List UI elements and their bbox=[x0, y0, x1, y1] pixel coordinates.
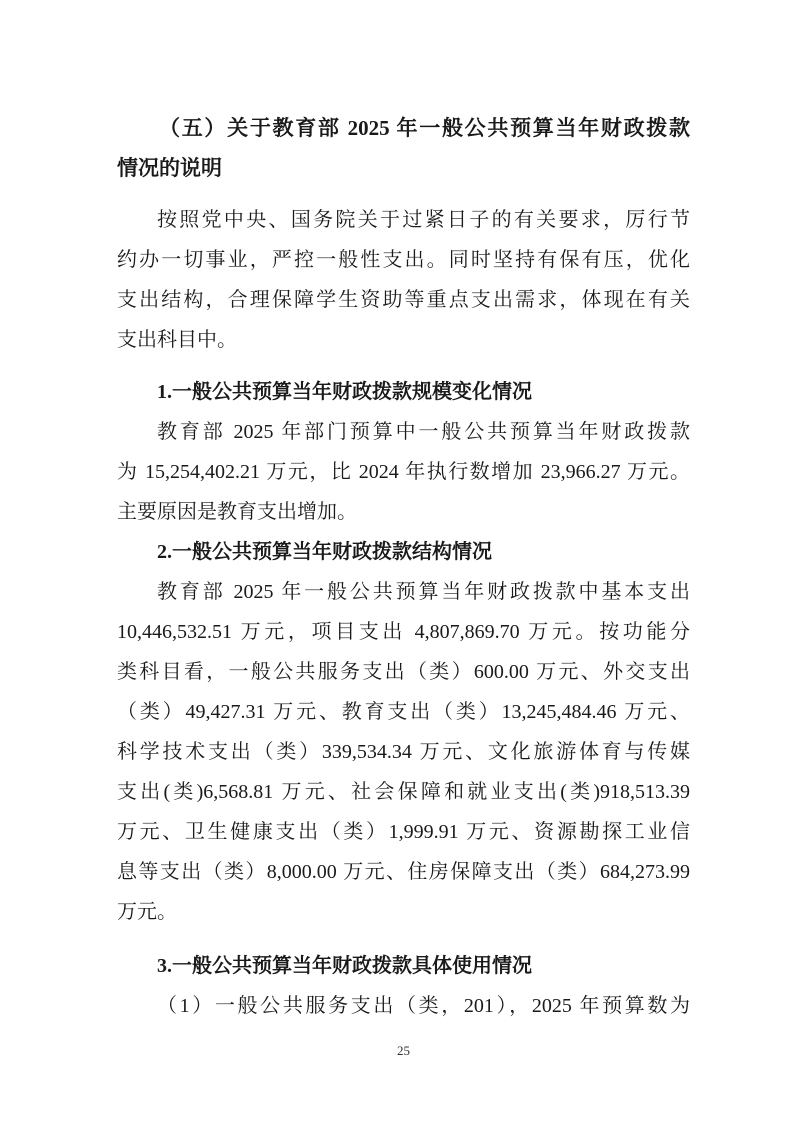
paragraph-line: 万元、卫生健康支出（类）1,999.91 万元、资源勘探工业信 bbox=[117, 812, 690, 852]
paragraph-scale-change: 教育部 2025 年部门预算中一般公共预算当年财政拨款 为 15,254,402… bbox=[117, 412, 690, 532]
paragraph-line: （类）49,427.31 万元、教育支出（类）13,245,484.46 万元、 bbox=[117, 692, 690, 732]
document-page: （五）关于教育部 2025 年一般公共预算当年财政拨款 情况的说明 按照党中央、… bbox=[0, 0, 800, 1131]
paragraph-line: 主要原因是教育支出增加。 bbox=[117, 492, 690, 532]
section-heading-3: 3.一般公共预算当年财政拨款具体使用情况 bbox=[117, 946, 690, 986]
paragraph-line: 10,446,532.51 万元，项目支出 4,807,869.70 万元。按功… bbox=[117, 612, 690, 652]
doc-title: （五）关于教育部 2025 年一般公共预算当年财政拨款 情况的说明 bbox=[117, 108, 690, 188]
paragraph-line: （1）一般公共服务支出（类，201），2025 年预算数为 bbox=[117, 986, 690, 1026]
paragraph-usage: （1）一般公共服务支出（类，201），2025 年预算数为 bbox=[117, 986, 690, 1026]
section-heading-2: 2.一般公共预算当年财政拨款结构情况 bbox=[117, 532, 690, 572]
paragraph-line: 约办一切事业，严控一般性支出。同时坚持有保有压，优化 bbox=[117, 240, 690, 280]
page-number: 25 bbox=[397, 1043, 410, 1058]
paragraph-intro: 按照党中央、国务院关于过紧日子的有关要求，厉行节 约办一切事业，严控一般性支出。… bbox=[117, 200, 690, 360]
paragraph-structure: 教育部 2025 年一般公共预算当年财政拨款中基本支出 10,446,532.5… bbox=[117, 572, 690, 932]
page-footer: 25 bbox=[117, 1042, 690, 1060]
paragraph-line: 息等支出（类）8,000.00 万元、住房保障支出（类）684,273.99 bbox=[117, 852, 690, 892]
paragraph-line: 教育部 2025 年一般公共预算当年财政拨款中基本支出 bbox=[117, 572, 690, 612]
paragraph-line: 支出科目中。 bbox=[117, 320, 690, 360]
doc-title-line-2: 情况的说明 bbox=[117, 148, 690, 188]
paragraph-line: 类科目看，一般公共服务支出（类）600.00 万元、外交支出 bbox=[117, 652, 690, 692]
section-heading-1: 1.一般公共预算当年财政拨款规模变化情况 bbox=[117, 372, 690, 412]
paragraph-line: 支出(类)6,568.81 万元、社会保障和就业支出(类)918,513.39 bbox=[117, 772, 690, 812]
paragraph-line: 科学技术支出（类）339,534.34 万元、文化旅游体育与传媒 bbox=[117, 732, 690, 772]
paragraph-line: 为 15,254,402.21 万元，比 2024 年执行数增加 23,966.… bbox=[117, 452, 690, 492]
paragraph-line: 教育部 2025 年部门预算中一般公共预算当年财政拨款 bbox=[117, 412, 690, 452]
doc-title-line-1: （五）关于教育部 2025 年一般公共预算当年财政拨款 bbox=[117, 108, 690, 148]
paragraph-line: 万元。 bbox=[117, 892, 690, 932]
paragraph-line: 按照党中央、国务院关于过紧日子的有关要求，厉行节 bbox=[117, 200, 690, 240]
paragraph-line: 支出结构，合理保障学生资助等重点支出需求，体现在有关 bbox=[117, 280, 690, 320]
